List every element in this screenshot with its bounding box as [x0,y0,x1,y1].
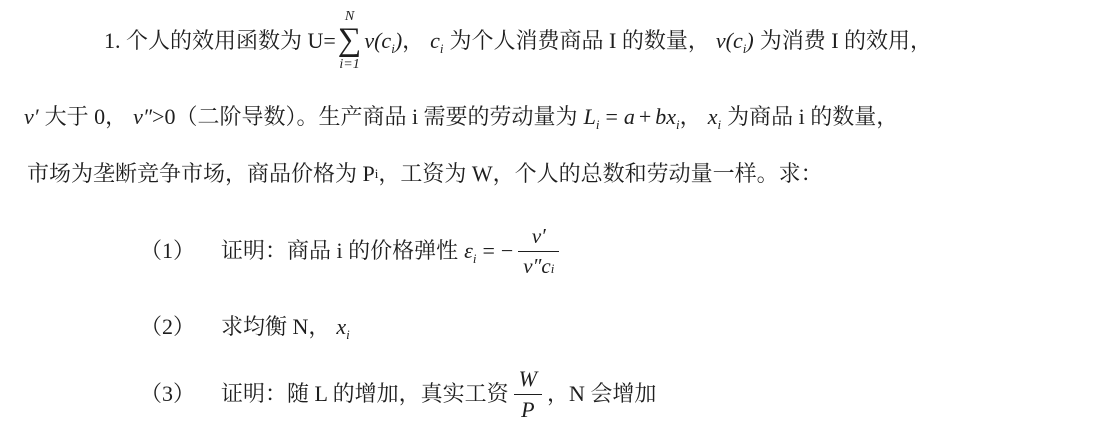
elasticity-variable: εi [464,236,476,266]
fraction-bar [518,251,559,252]
quantity-variable: xi [336,312,349,342]
problem-intro-line-2: v′ 大于 0， v″ >0（二阶导数）。生产商品 i 需要的劳动量为 Li =… [24,95,898,139]
subquestion-3: （3） 证明：随 L 的增加，真实工资 W P ，N 会增加 [140,356,656,432]
labor-variable: Li [584,102,600,132]
real-wage-fraction: W P [514,366,542,422]
line2-seg2: >0（二阶导数）。生产商品 i 需要的劳动量为 [152,102,578,132]
labor-equation-rhs: a+bxi [624,102,680,132]
intro-mid-text: 为个人消费商品 I 的数量， [450,26,710,56]
elasticity-fraction: v′ v″ci [518,224,559,277]
intro-lead-text: 1. 个人的效用函数为 U= [104,26,336,56]
intro-tail-text: 为消费 I 的效用， [760,26,932,56]
consumption-variable: ci [430,26,443,56]
line2-tail: 为商品 i 的数量， [727,102,898,132]
fraction-denominator: P [516,397,539,422]
document-page: 1. 个人的效用函数为 U= N ∑ i=1 v(ci) ， ci 为个人消费商… [0,0,1107,433]
minus-sign: − [501,236,513,266]
summation-formula: N ∑ i=1 [338,10,362,72]
line3-seg1: 市场为垄断竞争市场，商品价格为 P [27,159,375,189]
sum-lower-limit: i=1 [339,58,359,72]
subquestion-2-text: 求均衡 N， [221,312,330,342]
v-prime: v′ [24,102,39,132]
quantity-variable: xi [708,102,721,132]
fraction-numerator: W [514,366,542,391]
subquestion-number: （3） [140,379,195,409]
subquestion-3-tail: ，N 会增加 [547,379,656,409]
line3-seg2: ，工资为 W，个人的总数和劳动量一样。求： [378,159,822,189]
problem-intro-line-1: 1. 个人的效用函数为 U= N ∑ i=1 v(ci) ， ci 为个人消费商… [104,4,932,78]
utility-term-2: v(ci) [716,26,754,56]
subquestion-1-text: 证明：商品 i 的价格弹性 [221,236,458,266]
equals-sign: = [482,236,494,266]
subquestion-2: （2） 求均衡 N， xi [140,306,350,348]
equals-sign: = [605,102,617,132]
utility-term: v(ci) [364,26,402,56]
fraction-numerator: v′ [527,224,551,248]
sigma-symbol: ∑ [338,25,362,56]
v-double-prime: v″ [133,102,152,132]
subquestion-number: （1） [140,236,195,266]
problem-intro-line-3: 市场为垄断竞争市场，商品价格为 Pi ，工资为 W，个人的总数和劳动量一样。求： [27,154,823,194]
subquestion-number: （2） [140,312,195,342]
subquestion-3-text: 证明：随 L 的增加，真实工资 [221,379,509,409]
fraction-denominator: v″ci [518,254,559,278]
comma: ， [680,102,702,132]
line2-seg1: 大于 0， [45,102,128,132]
subquestion-1: （1） 证明：商品 i 的价格弹性 εi = − v′ v″ci [140,210,564,292]
comma: ， [402,26,424,56]
fraction-bar [514,394,542,395]
